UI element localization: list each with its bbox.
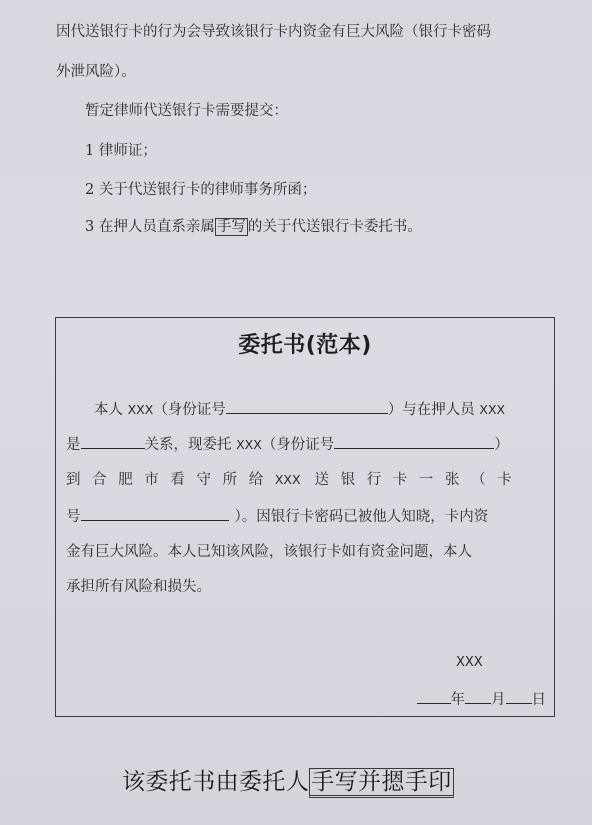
text: ）。因银行卡密码已被他人知晓，卡内资 [235, 509, 489, 525]
footer-text: 该委托书由委托人 [122, 769, 309, 795]
document-page: 因代送银行卡的行为会导致该银行卡内资金有巨大风险（银行卡密码 外泄风险）。 暂定… [0, 0, 592, 825]
intro-paragraph-line-2: 外泄风险）。 [56, 62, 136, 82]
letter-line-4: 号）。因银行卡密码已被他人知晓，卡内资 [66, 506, 544, 527]
year-label: 年 [451, 692, 466, 708]
text: 本人 [94, 402, 128, 418]
text: （身份证号 [153, 402, 226, 418]
text: ） [494, 437, 509, 453]
requirement-text: 律师证； [99, 143, 157, 159]
month-blank [465, 689, 491, 704]
requirement-number: 1 [85, 143, 94, 159]
requirement-item-1: 1 律师证； [85, 141, 157, 161]
requirement-text: 关于代送银行卡的律师事务所函； [99, 182, 317, 198]
placeholder-agent-name: XXX [236, 437, 262, 452]
requirement-number: 2 [85, 182, 94, 198]
footer-instruction: 该委托书由委托人手写并摁手印 [122, 763, 454, 796]
requirement-item-3: 3 在押人员直系亲属手写的关于代送银行卡委托书。 [85, 217, 422, 237]
card-number-blank [81, 506, 229, 521]
day-blank [506, 689, 532, 704]
year-blank [417, 689, 451, 704]
text: 关系，现委托 [145, 437, 237, 453]
requirements-heading: 暂定律师代送银行卡需要提交： [85, 101, 288, 121]
intro-paragraph-line-1: 因代送银行卡的行为会导致该银行卡内资金有巨大风险（银行卡密码 [56, 22, 491, 42]
month-label: 月 [491, 692, 506, 708]
requirement-text-after: 的关于代送银行卡委托书。 [248, 219, 422, 235]
relationship-blank [81, 434, 145, 449]
letter-line-5: 金有巨大风险。本人已知该风险，该银行卡如有资金问题，本人 [66, 542, 544, 562]
date-line: 年月日 [417, 688, 547, 709]
text: 是 [66, 437, 81, 453]
letter-line-2: 是关系，现委托 XXX（身份证号） [66, 434, 544, 455]
letter-line-1: 本人 XXX（身份证号）与在押人员 XXX [94, 399, 544, 420]
letter-line-6: 承担所有风险和损失。 [66, 577, 544, 597]
handwritten-emphasis-box: 手写 [215, 218, 248, 236]
letter-title: 委托书(范本) [56, 328, 554, 359]
placeholder-detainee-name-2: XXX [275, 472, 301, 487]
letter-line-3: 到合肥市看守所给XXX送银行卡一张（卡 [66, 470, 544, 490]
text: 到合肥市看守所给 [66, 472, 275, 488]
power-of-attorney-template-box: 委托书(范本) 本人 XXX（身份证号）与在押人员 XXX 是关系，现委托 XX… [55, 317, 555, 717]
placeholder-name: XXX [128, 402, 154, 417]
placeholder-detainee-name: XXX [479, 402, 505, 417]
text: ）与在押人员 [388, 402, 480, 418]
day-label: 日 [532, 692, 547, 708]
requirement-text-before: 在押人员直系亲属 [99, 219, 215, 235]
requirement-number: 3 [85, 219, 94, 235]
text: 送银行卡一张（卡 [315, 472, 524, 488]
id-number-blank [226, 399, 388, 414]
agent-id-number-blank [334, 434, 494, 449]
signature-placeholder: XXX [456, 655, 483, 670]
footer-emphasis-box: 手写并摁手印 [309, 768, 453, 798]
text: （身份证号 [262, 437, 335, 453]
requirement-item-2: 2 关于代送银行卡的律师事务所函； [85, 180, 316, 200]
text: 号 [66, 509, 81, 525]
